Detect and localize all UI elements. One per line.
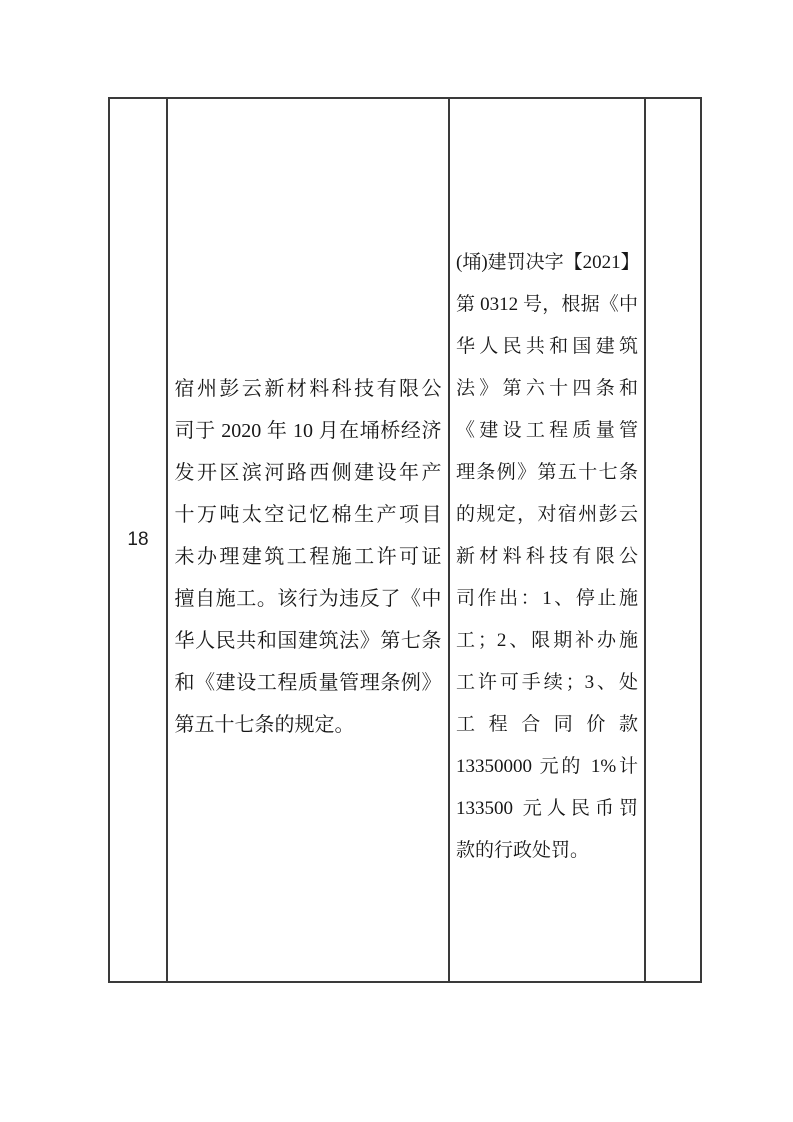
- penalty-decision-line: 的规定，对宿州彭云: [456, 494, 638, 536]
- penalty-decision-line: (埇)建罚决字【2021】: [456, 242, 638, 284]
- case-description-line: 华人民共和国建筑法》第七条: [175, 620, 442, 662]
- penalty-decision-line: 工程合同价款: [456, 704, 638, 746]
- penalty-decision-line: 《建设工程质量管: [456, 410, 638, 452]
- empty-cell: [646, 99, 700, 981]
- penalty-decision: (埇)建罚决字【2021】 第 0312 号，根据《中 华人民共和国建筑 法》第…: [456, 242, 638, 872]
- penalty-table: 18 宿州彭云新材料科技有限公 司于 2020 年 10 月在埇桥经济 发开区滨…: [108, 97, 702, 983]
- penalty-decision-line: 华人民共和国建筑: [456, 326, 638, 368]
- penalty-decision-line: 新材料科技有限公: [456, 536, 638, 578]
- case-description-line: 宿州彭云新材料科技有限公: [175, 368, 442, 410]
- row-index: 18: [127, 529, 148, 551]
- case-description-line: 十万吨太空记忆棉生产项目: [175, 494, 442, 536]
- case-description-line: 第五十七条的规定。: [175, 704, 442, 746]
- case-description: 宿州彭云新材料科技有限公 司于 2020 年 10 月在埇桥经济 发开区滨河路西…: [175, 368, 442, 746]
- case-description-line: 发开区滨河路西侧建设年产: [175, 452, 442, 494]
- case-description-line: 未办理建筑工程施工许可证: [175, 536, 442, 578]
- row-index-cell: 18: [110, 99, 168, 981]
- penalty-decision-line: 理条例》第五十七条: [456, 452, 638, 494]
- penalty-decision-line: 法》第六十四条和: [456, 368, 638, 410]
- case-description-line: 司于 2020 年 10 月在埇桥经济: [175, 410, 442, 452]
- case-description-line: 擅自施工。该行为违反了《中: [175, 578, 442, 620]
- penalty-decision-line: 13350000 元的 1%计: [456, 746, 638, 788]
- document-page: 18 宿州彭云新材料科技有限公 司于 2020 年 10 月在埇桥经济 发开区滨…: [0, 0, 793, 1122]
- penalty-decision-line: 工；2、限期补办施: [456, 620, 638, 662]
- penalty-decision-line: 款的行政处罚。: [456, 830, 638, 872]
- case-description-cell: 宿州彭云新材料科技有限公 司于 2020 年 10 月在埇桥经济 发开区滨河路西…: [168, 99, 450, 981]
- penalty-decision-line: 133500 元人民币罚: [456, 788, 638, 830]
- penalty-decision-line: 司作出：1、停止施: [456, 578, 638, 620]
- penalty-decision-cell: (埇)建罚决字【2021】 第 0312 号，根据《中 华人民共和国建筑 法》第…: [450, 99, 646, 981]
- case-description-line: 和《建设工程质量管理条例》: [175, 662, 442, 704]
- penalty-decision-line: 工许可手续；3、处: [456, 662, 638, 704]
- penalty-decision-line: 第 0312 号，根据《中: [456, 284, 638, 326]
